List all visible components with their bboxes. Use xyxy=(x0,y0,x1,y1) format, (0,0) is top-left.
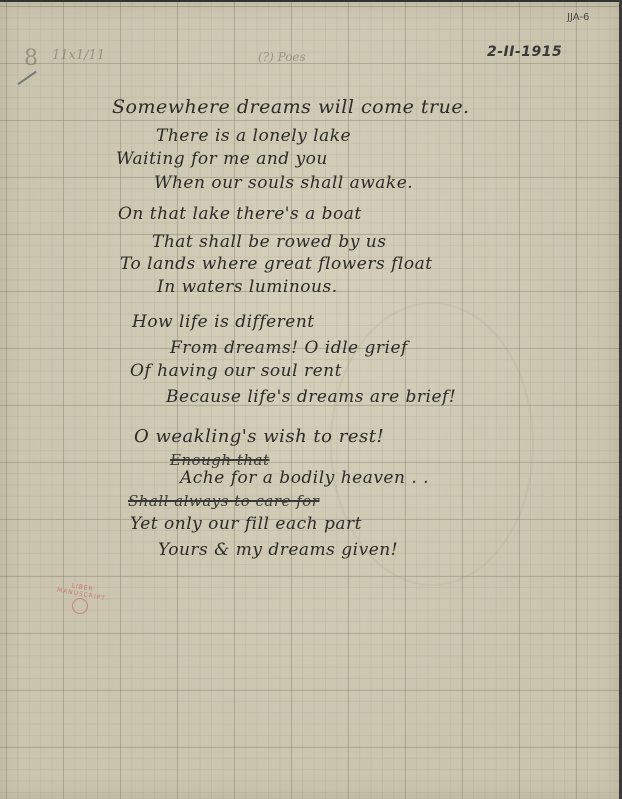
folio-number: 8 xyxy=(24,46,38,71)
poem-line-6: That shall be rowed by us xyxy=(152,232,386,252)
manuscript-date: 2-II-1915 xyxy=(487,44,562,60)
poem-line-3: Waiting for me and you xyxy=(116,149,328,169)
pencil-note-1: 11x1/11 xyxy=(52,48,105,63)
poem-line-5: On that lake there's a boat xyxy=(118,204,362,224)
poem-line-13: O weakling's wish to rest! xyxy=(134,426,384,447)
poem-line-1: Somewhere dreams will come true. xyxy=(112,96,470,118)
pencil-note-2: (?) Poes xyxy=(258,50,306,64)
poem-line-10: From dreams! O idle grief xyxy=(170,338,408,358)
poem-line-12: Because life's dreams are brief! xyxy=(166,387,456,407)
poem-line-18: Yours & my dreams given! xyxy=(158,540,398,560)
folio-slash-mark xyxy=(17,71,36,85)
poem-line-11: Of having our soul rent xyxy=(130,361,342,381)
library-stamp: LIBER MANUSCRIPT xyxy=(58,580,102,624)
poem-line-4: When our souls shall awake. xyxy=(154,173,413,193)
poem-line-8: In waters luminous. xyxy=(157,277,338,297)
poem-line-16-struck: Shall always to care for xyxy=(128,492,319,510)
stamp-seal-icon xyxy=(72,598,88,614)
manuscript-page: JJA-6 2-II-1915 8 11x1/11 (?) Poes Somew… xyxy=(0,2,620,799)
poem-line-2: There is a lonely lake xyxy=(156,126,351,146)
poem-line-14-struck: Enough that xyxy=(170,451,270,469)
poem-line-9: How life is different xyxy=(132,312,315,332)
poem-line-17: Yet only our fill each part xyxy=(130,514,362,534)
archive-mark: JJA-6 xyxy=(567,12,589,23)
poem-line-15: Ache for a bodily heaven . . xyxy=(180,468,429,488)
poem-line-7: To lands where great flowers float xyxy=(120,254,433,274)
